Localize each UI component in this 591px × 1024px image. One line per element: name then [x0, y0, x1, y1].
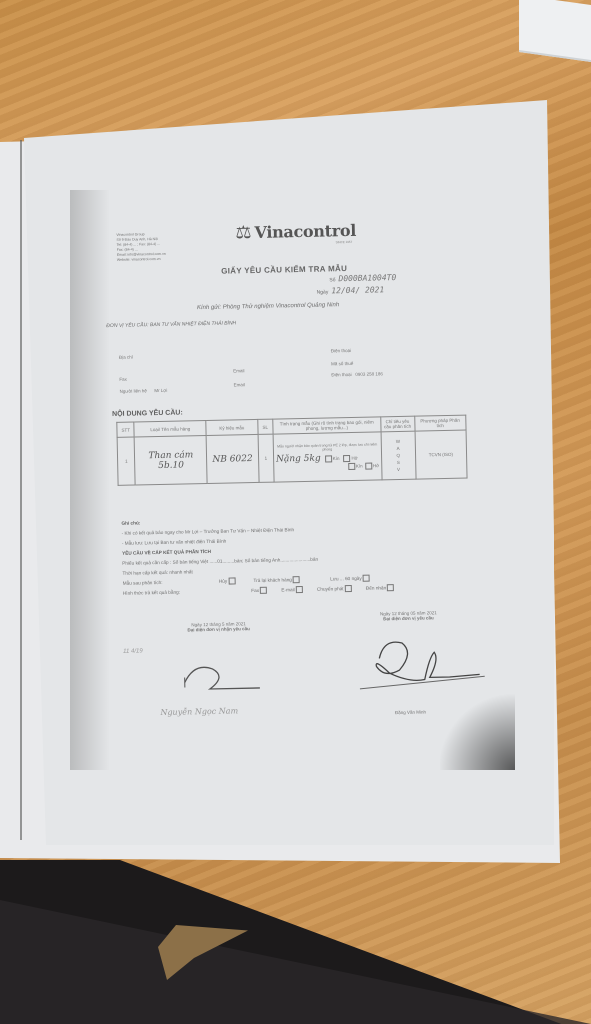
option-label: Đến nhận	[366, 585, 386, 590]
email-label: Email	[233, 368, 244, 373]
contact-label: Người liên hệ	[120, 388, 147, 394]
section-title-request: NỘI DUNG YÊU CẦU:	[112, 409, 183, 417]
company-block: Vinacontrol Group Số 9 Đào Duy Anh, Hà N…	[116, 231, 197, 263]
fax-label: Fax	[119, 377, 127, 382]
signature-left-scribble	[174, 656, 275, 708]
col-criteria: Chỉ tiêu yêu cầu phân tích	[380, 416, 414, 432]
option-label: Lưu ... 60 ngày	[330, 576, 362, 582]
cell-condition: Mẫu người nhận bảo quản trong túi PE 2 l…	[273, 432, 382, 482]
option-label: Chuyển phát	[317, 586, 344, 592]
sign-left-name: Nguyễn Ngọc Nam	[160, 706, 238, 717]
checkbox[interactable]	[325, 455, 332, 462]
option-label: Kín	[356, 463, 363, 468]
form-number: SốD000BA1004T0	[329, 273, 396, 283]
scales-icon: ⚖	[235, 222, 252, 243]
table-row: 1 Than cám 5b.10 NB 6022 1 Mẫu người nhậ…	[117, 430, 467, 485]
option-label: Fax	[251, 588, 259, 593]
tax-code-label: Mã số thuế	[331, 361, 353, 366]
phone-2-label: Điện thoại	[331, 372, 351, 377]
ngay-value: 12/04/ 2021	[331, 285, 384, 295]
after-analysis-label: Mẫu sau phân tích:	[123, 580, 163, 586]
checkbox[interactable]	[348, 463, 355, 470]
phone-2-value: 0903 258 186	[355, 371, 383, 377]
option-label: Trả lại khách hàng	[253, 577, 291, 583]
cell-stt: 1	[117, 437, 135, 485]
handwritten-note: 11 4/19	[123, 648, 143, 654]
contact-person: Người liên hệ Mr Lợi	[120, 388, 168, 394]
paper-stack	[519, 0, 591, 62]
phone-2: Điện thoại 0903 258 186	[331, 371, 383, 377]
col-sample-code: Ký hiệu mẫu	[206, 419, 258, 435]
checkbox-checked[interactable]	[345, 585, 352, 592]
condition-note: Mẫu người nhận bảo quản trong túi PE 2 l…	[276, 442, 379, 452]
checkbox[interactable]	[260, 587, 267, 594]
checkbox[interactable]	[296, 586, 303, 593]
so-value: D000BA1004T0	[338, 273, 396, 283]
option-label: Hở	[351, 455, 357, 460]
checkbox[interactable]	[387, 584, 394, 591]
address-label: Địa chỉ	[119, 355, 133, 360]
checkbox[interactable]	[365, 463, 372, 470]
col-stt: STT	[117, 422, 135, 437]
condition-handwritten: Nặng 5kg	[276, 454, 321, 465]
ngay-label: Ngày	[317, 289, 329, 295]
cell-sample-type: Than cám 5b.10	[135, 436, 208, 485]
option-label: E-mail	[281, 587, 294, 592]
cell-qty: 1	[258, 434, 274, 482]
notes-section: Ghi chú: - Khi có kết quả báo ngay cho M…	[121, 511, 483, 599]
checkbox-checked[interactable]	[343, 454, 350, 461]
col-method: Phương pháp Phân tích	[414, 415, 466, 431]
checkbox[interactable]	[228, 578, 235, 585]
logo-sub: SINCE 1957	[336, 240, 353, 244]
sample-table: STT Loại/ Tên mẫu hàng Ký hiệu mẫu SL Tì…	[116, 415, 467, 486]
cell-criteria: W A Q S V	[381, 431, 416, 480]
option-label: Kín	[333, 455, 340, 460]
email-2-label: Email	[233, 382, 244, 387]
sheet-shadow	[70, 190, 110, 770]
delivery-label: Hình thức trả kết quả bằng:	[123, 590, 180, 596]
option-label: Hở	[373, 463, 379, 468]
option-label: Hủy	[219, 579, 227, 584]
sheet-corner-shadow	[440, 690, 515, 770]
col-sample-type: Loại/ Tên mẫu hàng	[134, 421, 206, 438]
folder-spine	[20, 140, 22, 840]
checkbox-checked[interactable]	[363, 575, 370, 582]
cell-method: TCVN (ISO)	[415, 430, 467, 479]
logo-text: Vinacontrol	[254, 221, 356, 242]
checkbox[interactable]	[293, 576, 300, 583]
phone-label: Điện thoại	[331, 348, 351, 353]
cell-sample-code: NB 6022	[206, 434, 258, 483]
criteria-item: V	[384, 466, 413, 474]
so-label: Số	[329, 277, 335, 283]
col-qty: SL	[257, 419, 273, 434]
form-date: Ngày12/04/ 2021	[317, 285, 385, 295]
contact-value: Mr Lợi	[154, 388, 167, 393]
